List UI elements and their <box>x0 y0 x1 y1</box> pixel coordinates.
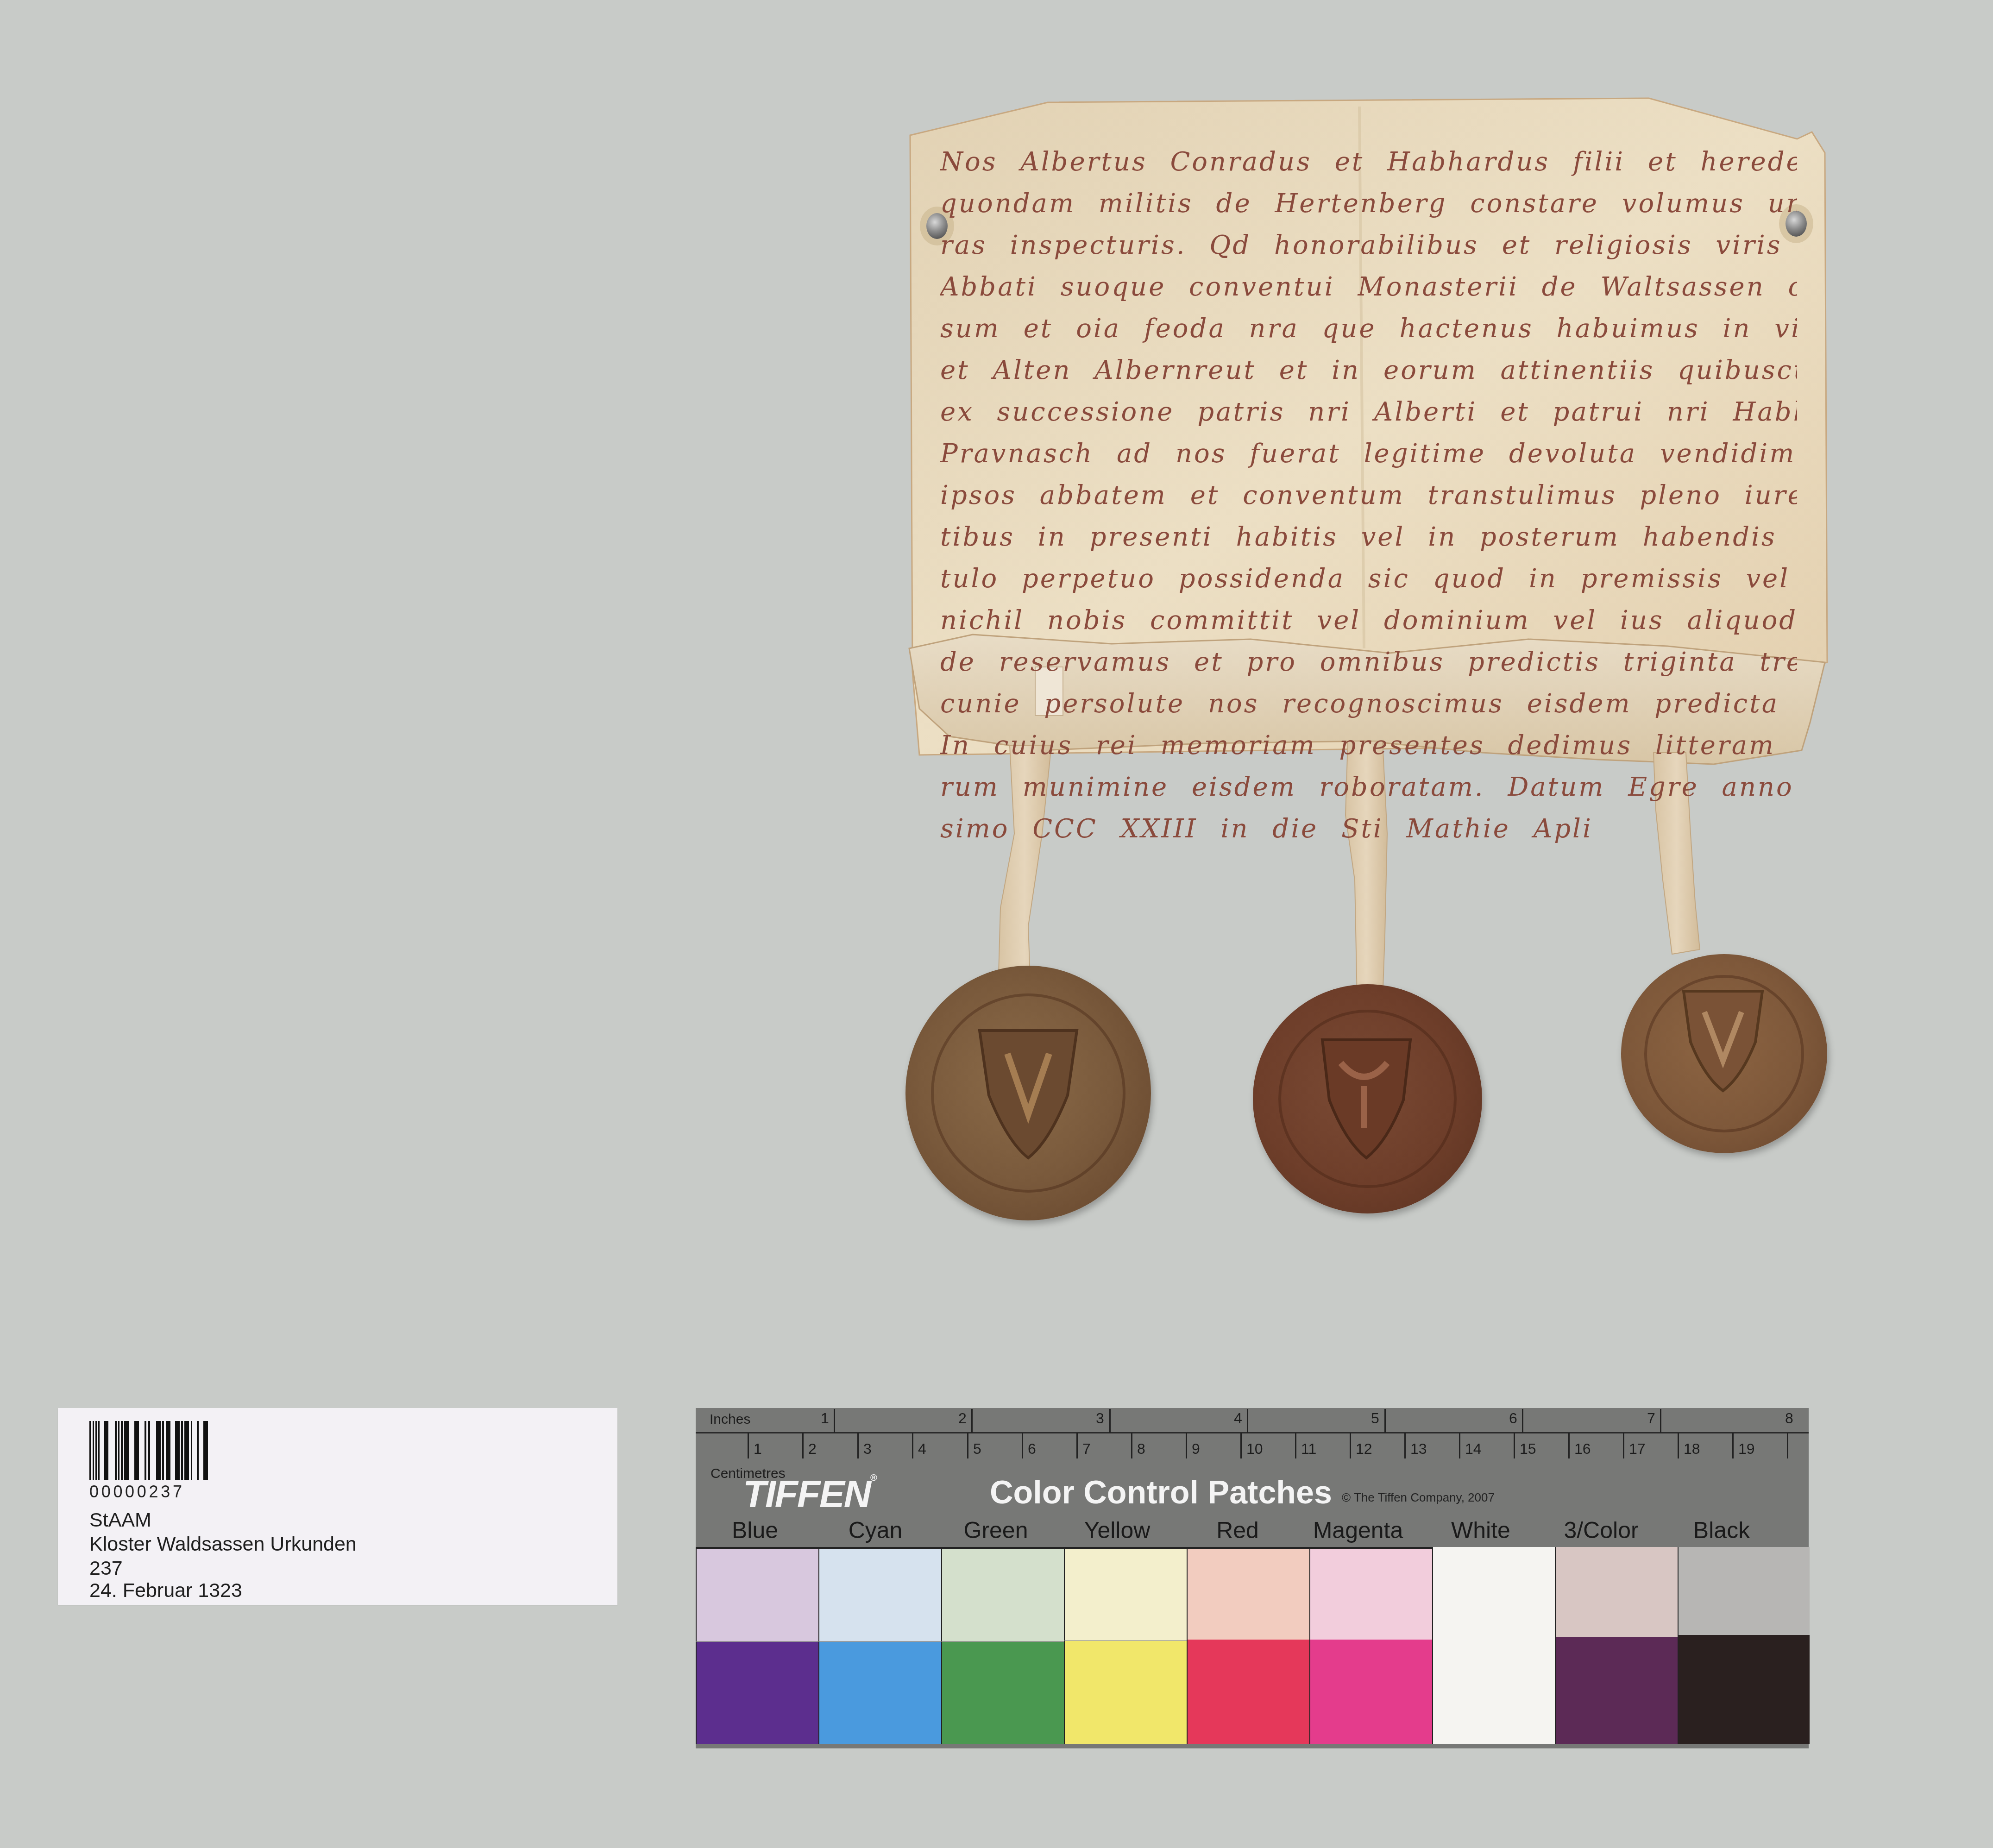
patch-cyan-dark <box>818 1642 942 1744</box>
cm-tick <box>802 1433 804 1458</box>
copyright-text: © The Tiffen Company, 2007 <box>1342 1490 1495 1505</box>
inch-tick <box>1660 1409 1661 1433</box>
charter-line: nichil nobis committit vel dominium vel … <box>940 600 1797 641</box>
patch-black-dark <box>1678 1635 1810 1744</box>
charter-line: Nos Albertus Conradus et Habhardus filii… <box>940 141 1797 183</box>
inches-label: Inches <box>710 1412 750 1427</box>
charter-line: rum munimine eisdem roboratam. Datum Egr… <box>940 767 1797 808</box>
patch-red-light <box>1187 1549 1310 1640</box>
cm-tick <box>1186 1433 1187 1458</box>
patch-magenta-dark <box>1309 1640 1433 1744</box>
patch-label-blue: Blue <box>695 1517 815 1544</box>
inch-tick <box>1384 1409 1386 1433</box>
patch-yellow-light <box>1064 1549 1187 1641</box>
wax-seal-left-icon <box>905 966 1151 1220</box>
charter-line: Pravnasch ad nos fuerat legitime devolut… <box>940 433 1797 475</box>
archive-name: StAAM <box>89 1509 151 1532</box>
patch-green-light <box>941 1549 1064 1641</box>
charter-line: ipsos abbatem et conventum transtulimus … <box>940 475 1797 516</box>
cm-tick <box>1787 1433 1788 1458</box>
patch-label-3color: 3/Color <box>1541 1517 1661 1544</box>
wax-seal-right-icon <box>1621 954 1827 1153</box>
charter-line: simo CCC XXIII in die Sti Mathie Apli <box>940 808 1797 850</box>
wax-seal-center-icon <box>1253 984 1482 1213</box>
charter-text: Nos Albertus Conradus et Habhardus filii… <box>940 141 1797 850</box>
product-title: Color Control Patches <box>990 1474 1332 1511</box>
inch-tick <box>1522 1409 1523 1433</box>
patch-3color-light <box>1555 1547 1678 1637</box>
charter-line: In cuius rei memoriam presentes dedimus … <box>940 725 1797 767</box>
patch-black-light <box>1678 1547 1810 1635</box>
heraldic-shield-icon <box>1318 1035 1415 1160</box>
patch-blue-dark <box>696 1642 819 1744</box>
patch-label-white: White <box>1421 1517 1541 1544</box>
cm-tick <box>1678 1433 1679 1458</box>
patch-3color-dark <box>1555 1637 1678 1744</box>
cm-tick <box>1404 1433 1406 1458</box>
patch-label-magenta: Magenta <box>1298 1517 1418 1544</box>
document-date: 24. Februar 1323 <box>89 1579 242 1602</box>
patch-label-cyan: Cyan <box>815 1517 936 1544</box>
barcode-icon <box>89 1421 208 1480</box>
cm-tick <box>1459 1433 1460 1458</box>
charter-line: de reservamus et pro omnibus predictis t… <box>940 641 1797 683</box>
cm-tick <box>1240 1433 1242 1458</box>
charter-line: tulo perpetuo possidenda sic quod in pre… <box>940 558 1797 600</box>
cm-tick <box>912 1433 913 1458</box>
cm-tick <box>1295 1433 1296 1458</box>
archive-label: 0 0 0 0 0 2 3 7 StAAM Kloster Waldsassen… <box>58 1408 617 1605</box>
charter-line: cunie persolute nos recognoscimus eisdem… <box>940 683 1797 725</box>
cm-tick <box>1514 1433 1515 1458</box>
charter-line: sum et oia feoda nra que hactenus habuim… <box>940 308 1797 350</box>
inch-tick <box>834 1409 835 1433</box>
patch-magenta-light <box>1309 1549 1433 1640</box>
patch-label-black: Black <box>1661 1517 1782 1544</box>
ruler-baseline <box>696 1432 1809 1433</box>
cm-tick <box>748 1433 749 1458</box>
cm-tick <box>1350 1433 1351 1458</box>
cm-tick <box>1623 1433 1624 1458</box>
cm-tick <box>1022 1433 1023 1458</box>
patch-yellow-dark <box>1064 1641 1187 1744</box>
charter-line: tibus in presenti habitis vel in posteru… <box>940 516 1797 558</box>
tiffen-color-card: Inches 1 2 3 4 5 6 7 8 1 2 3 4 5 6 7 8 9… <box>696 1408 1809 1748</box>
patch-white <box>1432 1547 1555 1744</box>
charter-line: et Alten Albernreut et in eorum attinent… <box>940 350 1797 391</box>
heraldic-shield-icon <box>975 1026 1081 1160</box>
patch-green-dark <box>941 1642 1064 1744</box>
cm-tick <box>857 1433 859 1458</box>
patch-label-yellow: Yellow <box>1057 1517 1177 1544</box>
charter-line: ras inspecturis. Qd honorabilibus et rel… <box>940 225 1797 266</box>
barcode-number: 0 0 0 0 0 2 3 7 <box>89 1482 182 1502</box>
patch-red-dark <box>1187 1640 1310 1744</box>
patch-blue-light <box>696 1549 819 1641</box>
patch-label-red: Red <box>1177 1517 1298 1544</box>
cm-tick <box>1732 1433 1734 1458</box>
heraldic-shield-icon <box>1679 987 1767 1093</box>
cm-tick <box>1076 1433 1078 1458</box>
inch-tick <box>971 1409 973 1433</box>
document-number: 237 <box>89 1557 123 1580</box>
patch-cyan-light <box>818 1549 942 1641</box>
tiffen-logo: TIFFEN® <box>743 1473 876 1516</box>
cm-tick <box>1131 1433 1132 1458</box>
charter-line: ex successione patris nri Alberti et pat… <box>940 391 1797 433</box>
charter-line: Abbati suoque conventui Monasterii de Wa… <box>940 266 1797 308</box>
charter-line: quondam militis de Hertenberg constare v… <box>940 183 1797 225</box>
collection-name: Kloster Waldsassen Urkunden <box>89 1533 357 1556</box>
inch-tick <box>1247 1409 1248 1433</box>
patch-label-green: Green <box>936 1517 1056 1544</box>
cm-tick <box>967 1433 968 1458</box>
inch-tick <box>1109 1409 1111 1433</box>
cm-tick <box>1568 1433 1570 1458</box>
